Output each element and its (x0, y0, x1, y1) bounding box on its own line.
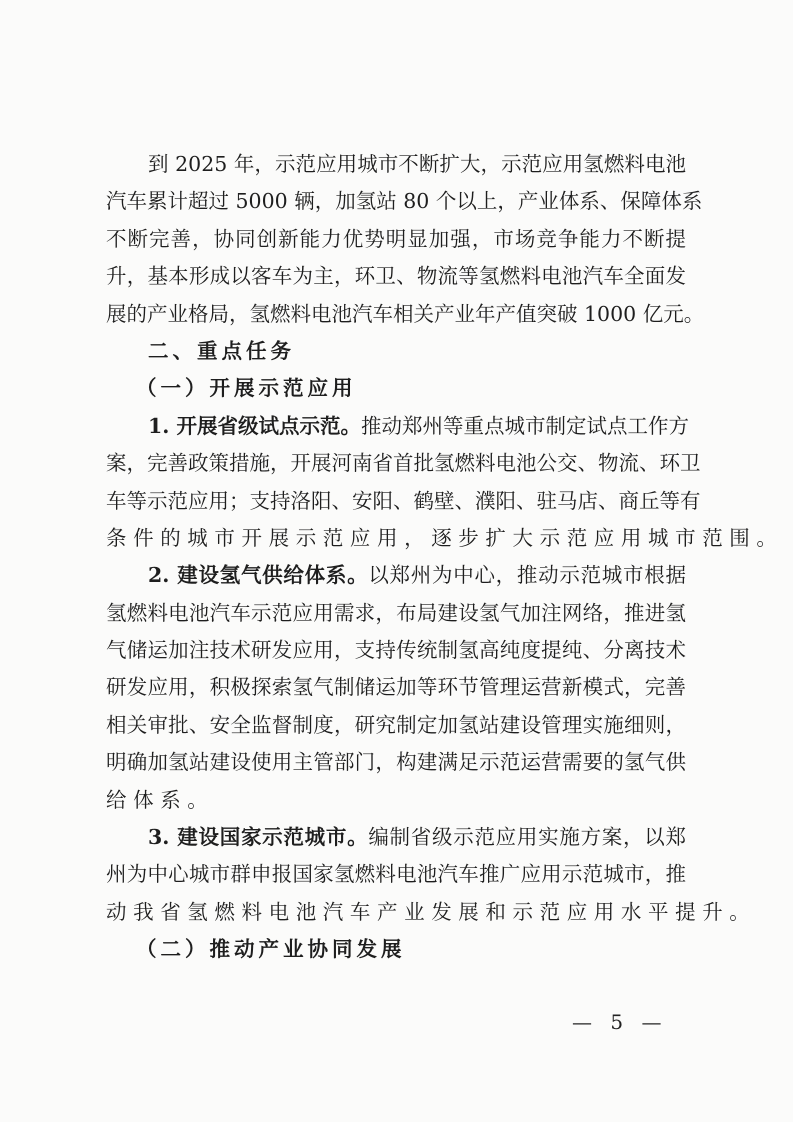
paragraph-line: 展的产业格局，氢燃料电池汽车相关产业年产值突破 1000 亿元。 (106, 296, 686, 333)
item-2-line: 相关审批、安全监督制度，研究制定加氢站建设管理实施细则， (106, 707, 686, 744)
item-3-title: 3. 建设国家示范城市。 (148, 825, 368, 849)
subsection-heading: （一）开展示范应用 (106, 370, 686, 407)
paragraph-line: 升，基本形成以客车为主，环卫、物流等氢燃料电池汽车全面发 (106, 258, 686, 295)
item-2-line: 研发应用，积极探索氢气制储运加等环节管理运营新模式，完善 (106, 669, 686, 706)
item-3-line: 州为中心城市群申报国家氢燃料电池汽车推广应用示范城市，推 (106, 856, 686, 893)
page-number: — 5 — (572, 1010, 667, 1034)
paragraph-line: 汽车累计超过 5000 辆，加氢站 80 个以上，产业体系、保障体系 (106, 183, 686, 220)
paragraph-line: 到 2025 年，示范应用城市不断扩大，示范应用氢燃料电池 (106, 146, 686, 183)
item-2-title: 2. 建设氢气供给体系。 (148, 563, 368, 587)
item-2-line: 氢燃料电池汽车示范应用需求，布局建设氢气加注网络，推进氢 (106, 595, 686, 632)
document-page: 到 2025 年，示范应用城市不断扩大，示范应用氢燃料电池 汽车累计超过 500… (106, 146, 686, 969)
item-1-line: 案，完善政策措施，开展河南省首批氢燃料电池公交、物流、环卫 (106, 445, 686, 482)
item-1-line: 车等示范应用；支持洛阳、安阳、鹤壁、濮阳、驻马店、商丘等有 (106, 483, 686, 520)
item-2-line: 2. 建设氢气供给体系。以郑州为中心，推动示范城市根据 (106, 557, 686, 594)
item-2-line: 明确加氢站建设使用主管部门，构建满足示范运营需要的氢气供 (106, 744, 686, 781)
item-2-line: 给体系。 (106, 782, 686, 819)
item-3-text: 编制省级示范应用实施方案，以郑 (368, 825, 686, 849)
item-1-line: 条件的城市开展示范应用，逐步扩大示范应用城市范围。 (106, 520, 686, 557)
item-2-text: 以郑州为中心，推动示范城市根据 (368, 563, 686, 587)
paragraph-line: 不断完善，协同创新能力优势明显加强，市场竞争能力不断提 (106, 221, 686, 258)
item-1-title: 1. 开展省级试点示范。 (148, 414, 361, 438)
subsection-heading: （二）推动产业协同发展 (106, 931, 686, 968)
item-2-line: 气储运加注技术研发应用，支持传统制氢高纯度提纯、分离技术 (106, 632, 686, 669)
item-1-line: 1. 开展省级试点示范。推动郑州等重点城市制定试点工作方 (106, 408, 686, 445)
item-3-line: 3. 建设国家示范城市。编制省级示范应用实施方案，以郑 (106, 819, 686, 856)
item-1-text: 推动郑州等重点城市制定试点工作方 (361, 414, 689, 438)
section-heading: 二、重点任务 (106, 333, 686, 370)
item-3-line: 动我省氢燃料电池汽车产业发展和示范应用水平提升。 (106, 894, 686, 931)
